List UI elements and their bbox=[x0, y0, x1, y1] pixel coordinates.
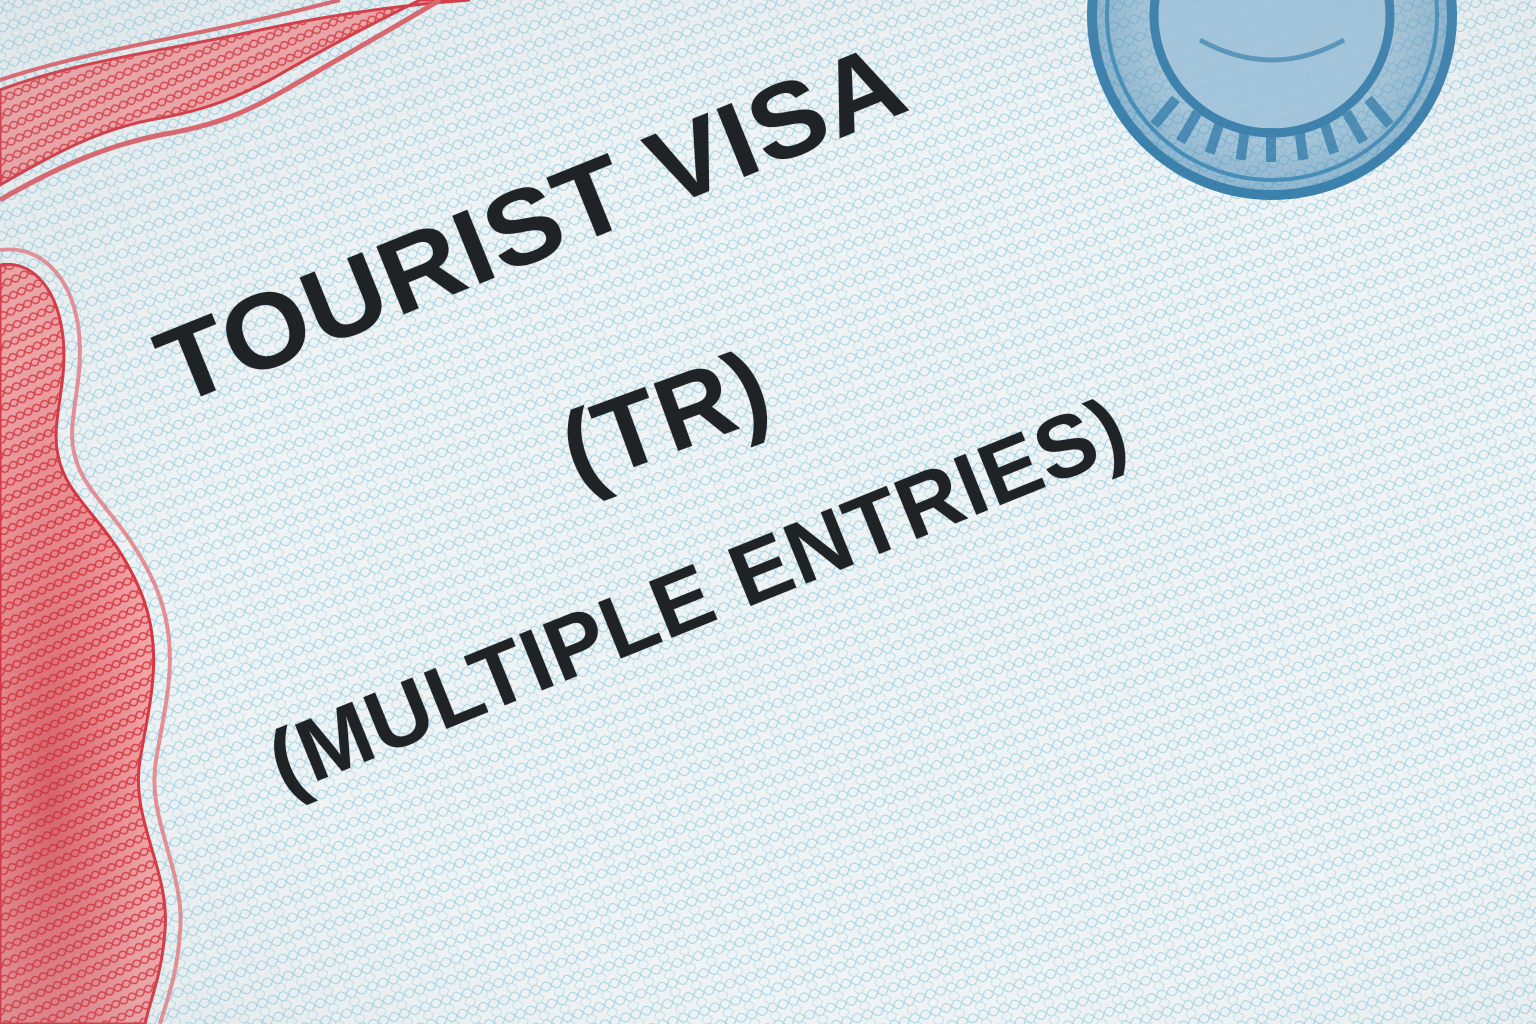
visa-document: TOURIST VISA (TR) (MULTIPLE ENTRIES) bbox=[0, 0, 1536, 1024]
